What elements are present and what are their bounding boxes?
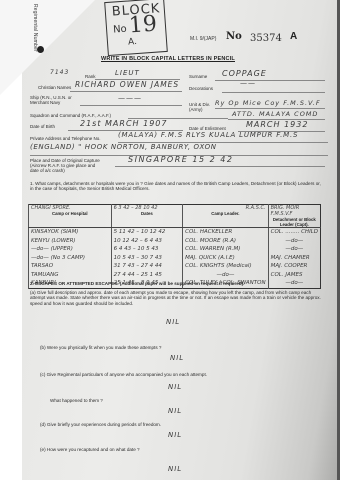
section2-title: 2. ESCAPES OR ATTEMPTED ESCAPES. (Additi… (30, 281, 325, 286)
decorations-value: —— (240, 79, 256, 87)
question-c: (c) Give Regimental particulars of anyon… (40, 372, 207, 377)
surname-label: Surname (189, 74, 207, 79)
ref-no-label: No (226, 31, 242, 42)
capture-value: SINGAPORE 15 2 42 (128, 155, 233, 164)
table-row: —do— (No 3 CAMP)10 5 43 – 30 7 43MAJ. QU… (29, 254, 321, 263)
enlistment-value: MARCH 1932 (246, 120, 308, 129)
block-stamp: BLOCK No 19 A. (104, 0, 168, 56)
table-row: KENYU (LOWER)10 12 42 – 6 4 43COL. MOORE… (29, 237, 321, 246)
unit-value: Ry Op Mice Coy F.M.S.V.F (215, 99, 321, 107)
table-row: KINSAYOK (SIAM)5 11 42 – 10 12 42COL. HA… (29, 228, 321, 237)
ref-number: 35374 (250, 33, 282, 44)
question-c-followup: What happened to them ? (50, 398, 103, 403)
col-block: BRIG. MOIR F.M.S.V.FDetachment or Block … (268, 205, 320, 228)
col-leader: R.A.S.C.Camp Leader. (183, 205, 268, 228)
christian-names-value: RICHARD OWEN JAMES (75, 80, 179, 89)
number-value: 7143 (50, 69, 69, 76)
page-edge (337, 0, 340, 480)
table-row: —do— (UPPER)6 4 43 – 10 5 43COL. WARREN … (29, 245, 321, 254)
question-a: (a) Give full description and approx. da… (30, 290, 325, 306)
table-row: TARSAO31 7 43 – 27 4 44COL. KNIGHTS (Med… (29, 262, 321, 271)
ship-value: ——— (118, 94, 142, 102)
address-value: (MALAYA) F.M.S RLYS KUALA LUMPUR F.M.S (118, 131, 298, 139)
col-camp: CHANGI SPORE.Camp or Hospital (29, 205, 112, 228)
answer-e: NIL (168, 465, 182, 473)
rank-value: LIEUT (115, 69, 140, 77)
unit-value-line2: ATTD. MALAYA COMD (232, 110, 318, 118)
table-row: TAMUANG27 4 44 – 25 1 45—do—COL. JAMES (29, 271, 321, 280)
section1-question: 1. What camps, detachments or hospitals … (30, 181, 325, 192)
camps-table: CHANGI SPORE.Camp or Hospital 6 3 42 – 2… (28, 204, 321, 289)
question-b: (b) Were you physically fit when you mad… (40, 345, 161, 350)
dob-label: Date of Birth (30, 124, 55, 129)
answer-c-followup: NIL (168, 407, 182, 415)
christian-names-label: Christian Names (38, 85, 71, 90)
squadron-label: Squadron and Command (R.A.F., A.A.F.) (30, 113, 111, 118)
address-value-line2: (ENGLAND) " HOOK NORTON, BANBURY, OXON (30, 143, 217, 151)
instruction-heading: WRITE IN BLOCK CAPITAL LETTERS IN PENCIL (101, 56, 235, 62)
ship-label: Ship (R.N., U.S.N. or Merchant Navy (30, 95, 85, 105)
regimental-number-label: Regimental Number (32, 4, 38, 52)
address-label: Private Address and Telephone No. (30, 136, 100, 141)
ref-suffix: A (290, 31, 297, 42)
answer-b: NIL (170, 354, 184, 362)
col-dates: 6 3 42 – 28 10 42Dates (111, 205, 183, 228)
dob-value: 21st MARCH 1907 (80, 119, 167, 128)
punch-hole (37, 46, 44, 53)
answer-a: NIL (166, 318, 180, 326)
surname-value: COPPAGE (222, 69, 267, 78)
rank-label: Rank (85, 74, 96, 79)
form-code: M.I. 9/(JAP) (190, 36, 216, 42)
question-d: (d) Give briefly your experiences during… (40, 422, 161, 427)
decorations-label: Decorations (189, 86, 213, 91)
question-e: (e) How were you recaptured and on what … (40, 447, 140, 452)
answer-d: NIL (168, 431, 182, 439)
answer-c: NIL (168, 383, 182, 391)
capture-label: Place and Date of Original Capture (Airc… (30, 158, 105, 173)
